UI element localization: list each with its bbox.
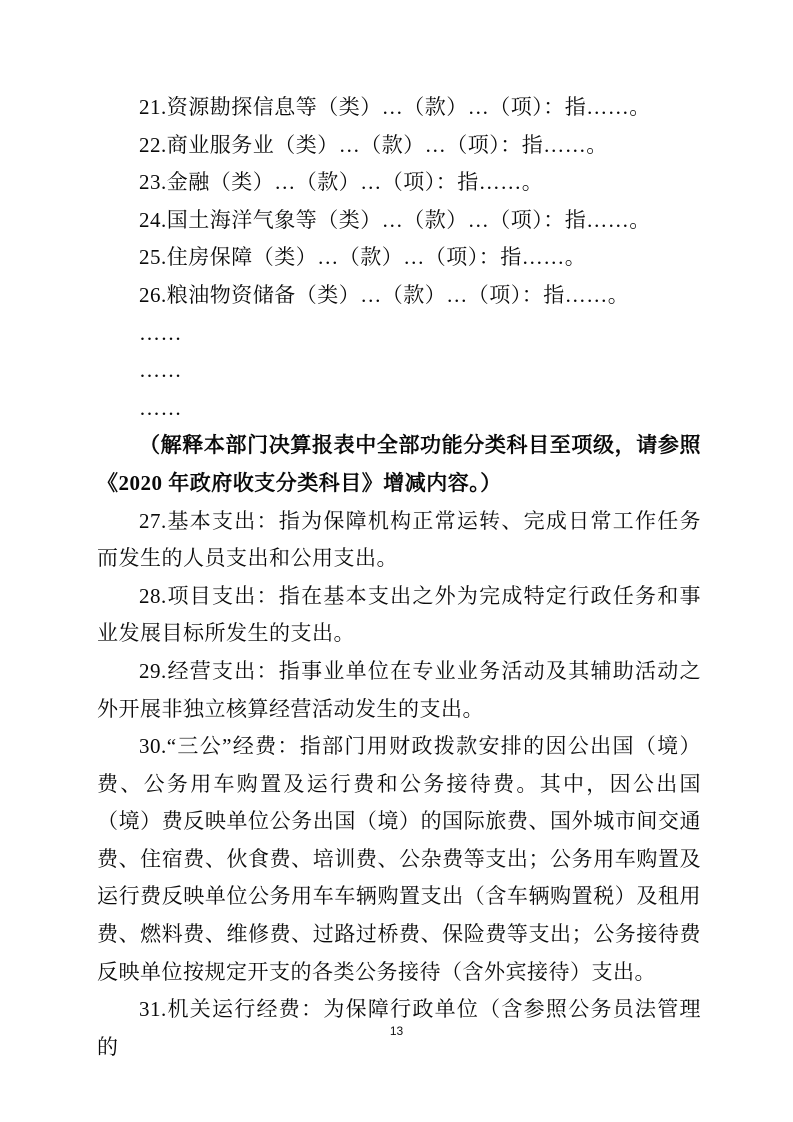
document-page: 21.资源勘探信息等（类）…（款）…（项）：指……。 22.商业服务业（类）…（… [0, 0, 793, 1122]
paragraph-item-22: 22.商业服务业（类）…（款）…（项）：指……。 [97, 127, 701, 165]
ellipsis-line-2: …… [97, 352, 701, 390]
paragraph-item-29: 29.经营支出：指事业单位在专业业务活动及其辅助活动之外开展非独立核算经营活动发… [97, 653, 701, 728]
paragraph-item-24: 24.国土海洋气象等（类）…（款）…（项）：指……。 [97, 202, 701, 240]
note-paragraph: （解释本部门决算报表中全部功能分类科目至项级，请参照《2020 年政府收支分类科… [97, 427, 701, 502]
document-body: 21.资源勘探信息等（类）…（款）…（项）：指……。 22.商业服务业（类）…（… [97, 89, 701, 1066]
paragraph-item-30: 30.“三公”经费：指部门用财政拨款安排的因公出国（境）费、公务用车购置及运行费… [97, 728, 701, 991]
paragraph-item-21: 21.资源勘探信息等（类）…（款）…（项）：指……。 [97, 89, 701, 127]
ellipsis-line-3: …… [97, 390, 701, 428]
paragraph-item-25: 25.住房保障（类）…（款）…（项）：指……。 [97, 239, 701, 277]
page-number: 13 [0, 1024, 793, 1038]
paragraph-item-23: 23.金融（类）…（款）…（项）：指……。 [97, 164, 701, 202]
ellipsis-line-1: …… [97, 315, 701, 353]
paragraph-item-28: 28.项目支出：指在基本支出之外为完成特定行政任务和事业发展目标所发生的支出。 [97, 578, 701, 653]
paragraph-item-26: 26.粮油物资储备（类）…（款）…（项）：指……。 [97, 277, 701, 315]
paragraph-item-27: 27.基本支出：指为保障机构正常运转、完成日常工作任务而发生的人员支出和公用支出… [97, 503, 701, 578]
